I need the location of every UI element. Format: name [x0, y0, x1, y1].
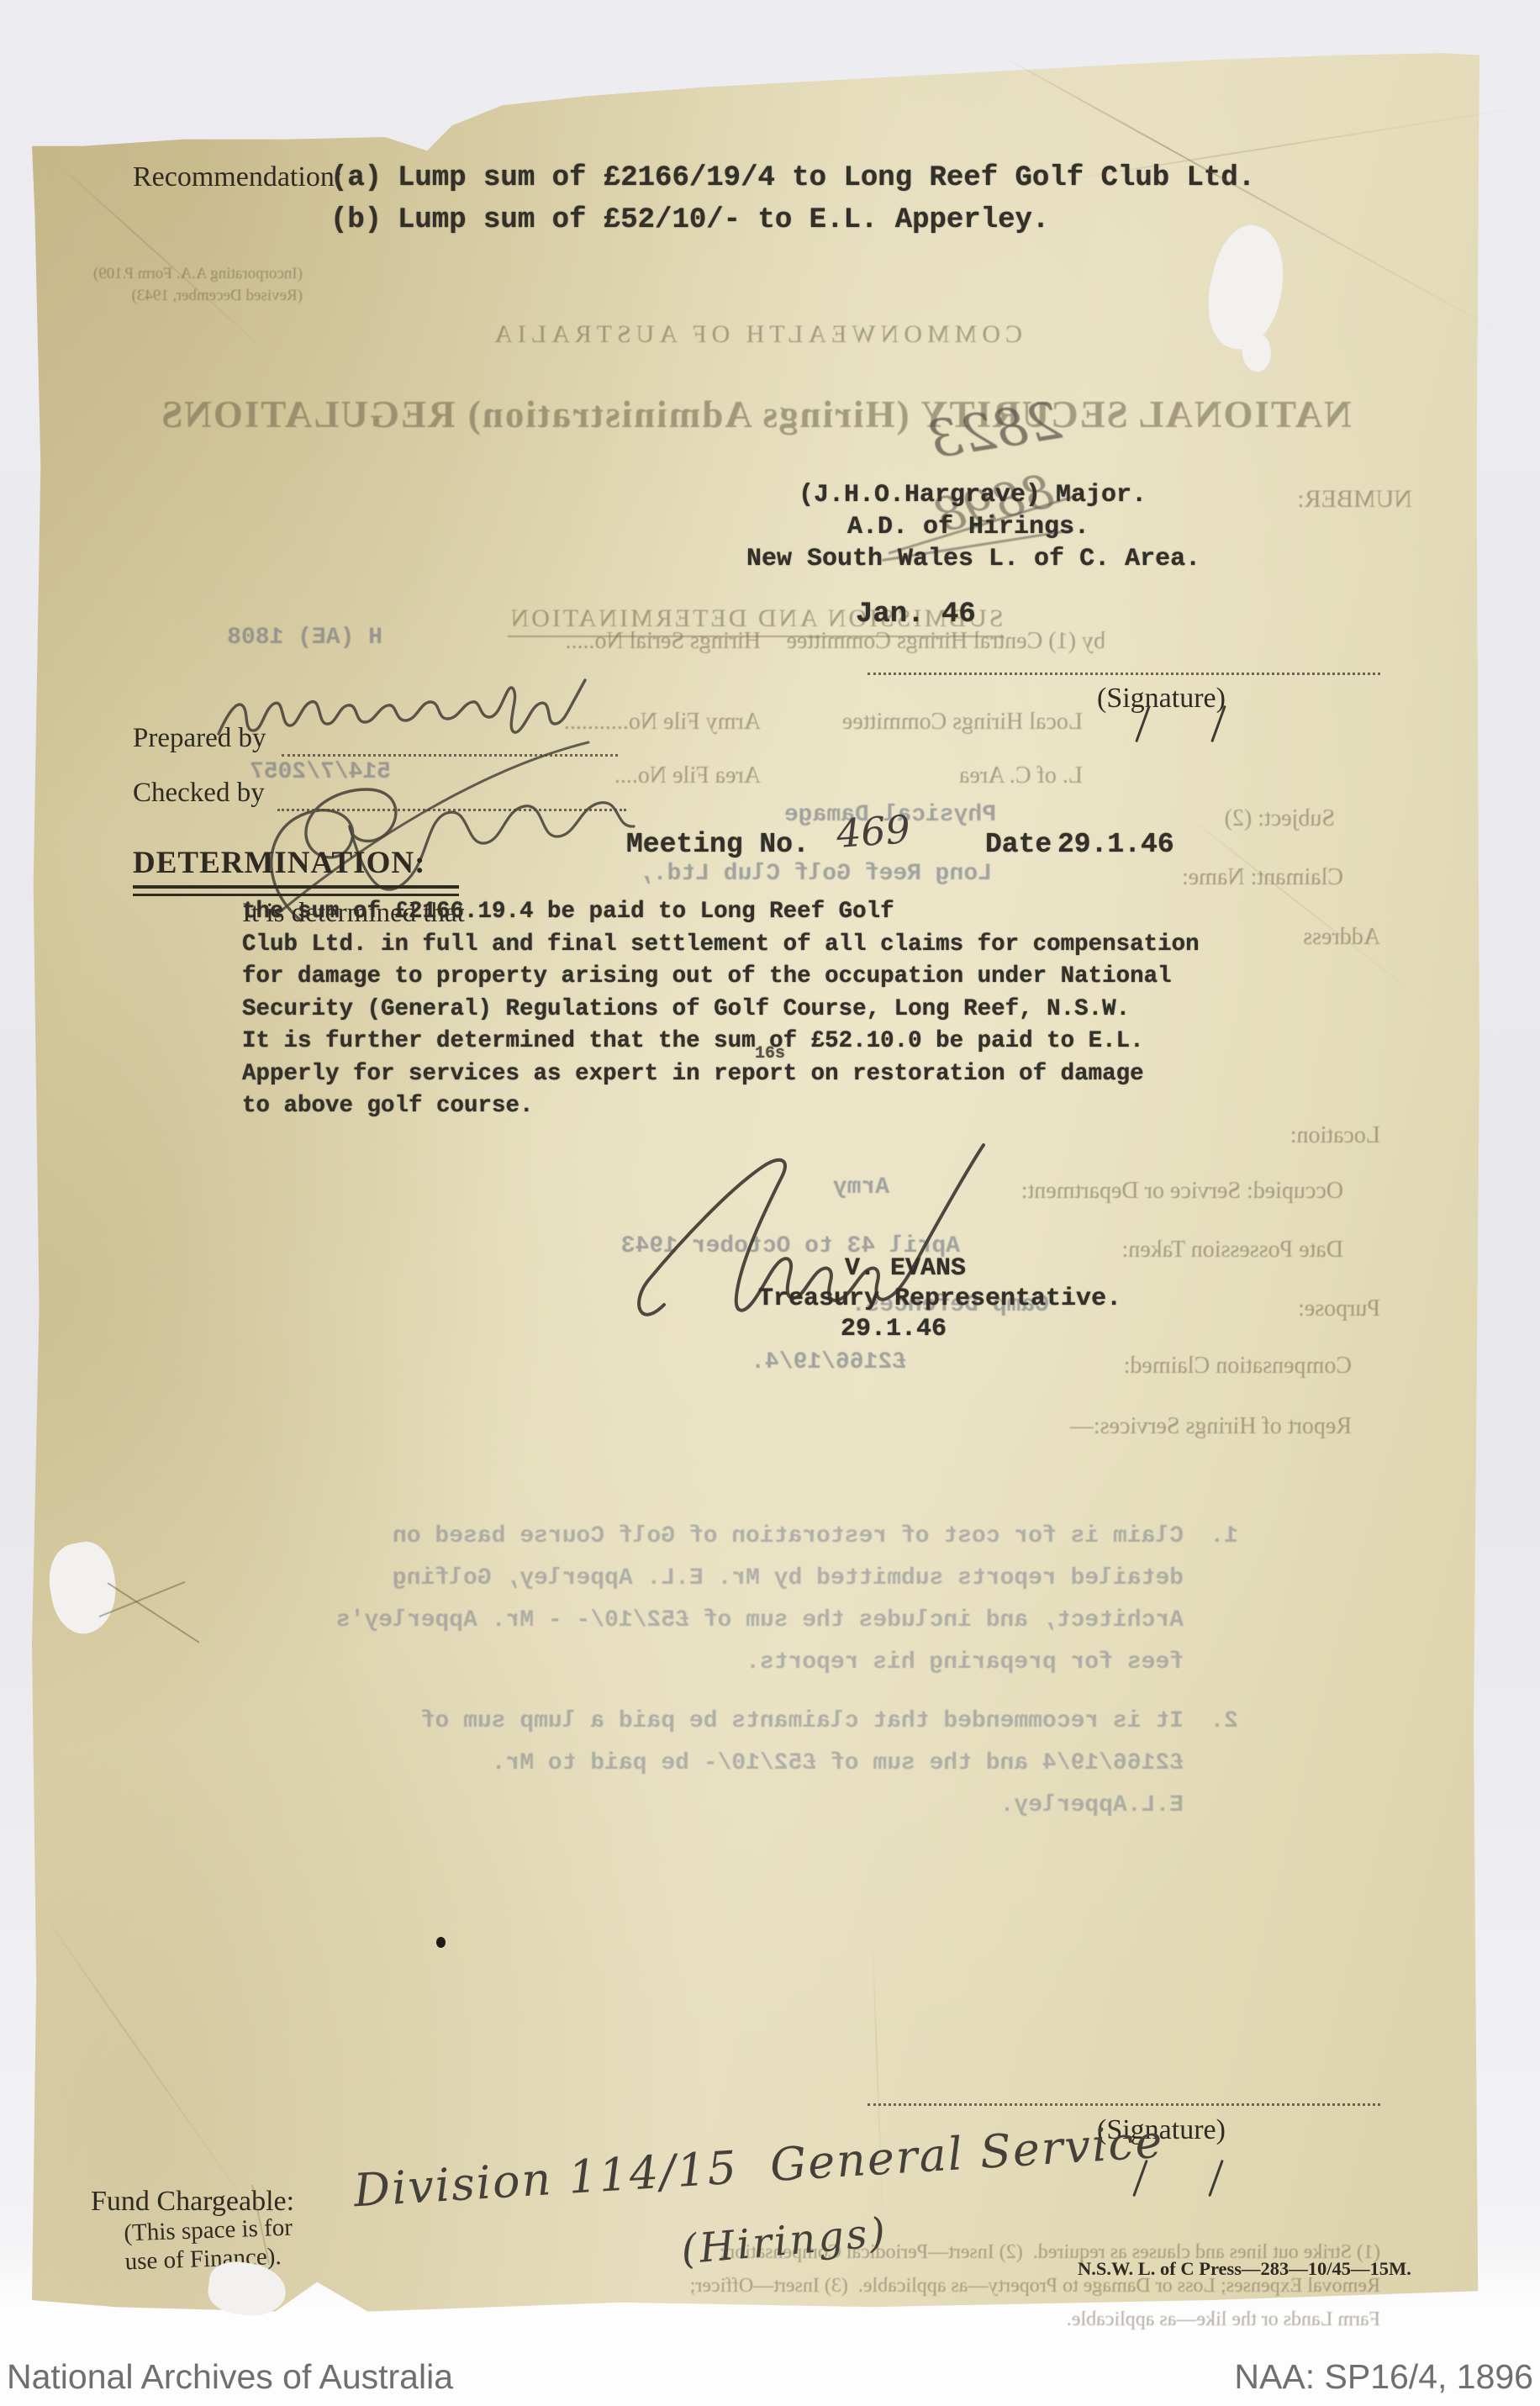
- meeting-number-label: Meeting No.: [626, 829, 810, 860]
- meeting-date-label: Date: [985, 829, 1052, 860]
- treasury-representative-title: Treasury Representative.: [758, 1285, 1121, 1313]
- printer-imprint: N.S.W. L. of C Press—283—10/45—15M.: [1078, 2258, 1411, 2280]
- recommendation-item-b-marker: (b): [330, 204, 382, 236]
- approver-area-line: New South Wales L. of C. Area.: [746, 545, 1200, 573]
- determination-underline: [133, 885, 459, 889]
- archive-footer-left: National Archives of Australia: [7, 2357, 453, 2397]
- signature-line-bottom: [868, 2103, 1380, 2106]
- determination-heading: DETERMINATION:: [133, 845, 425, 881]
- meeting-date-value: 29.1.46: [1057, 829, 1174, 860]
- recommendation-item-b: Lump sum of £52/10/- to E.L. Apperley.: [398, 204, 1049, 236]
- fund-chargeable-label: Fund Chargeable:: [91, 2186, 294, 2218]
- determination-insert-note: 16s: [755, 1044, 785, 1063]
- determination-body: the sum of £2166.19.4 be paid to Long Re…: [242, 896, 1259, 1123]
- treasury-representative-name: V. EVANS: [845, 1254, 966, 1283]
- approver-name-line: (J.H.O.Hargrave) Major.: [799, 481, 1147, 509]
- approver-title-line: A.D. of Hirings.: [847, 513, 1089, 541]
- signature-line-top: [868, 673, 1380, 675]
- recommendation-item-a-marker: (a): [330, 162, 382, 194]
- finance-space-note: (This space is for use of Finance).: [124, 2213, 294, 2277]
- recommendation-item-a: Lump sum of £2166/19/4 to Long Reef Golf…: [398, 162, 1255, 194]
- archive-footer: National Archives of Australia NAA: SP16…: [0, 2347, 1540, 2406]
- scanned-document-page: (Incorporating A.A. Form P.109) (Revised…: [0, 0, 1540, 2406]
- signature-caption-top: (Signature): [1097, 683, 1226, 715]
- recommendation-label: Recommendation:: [133, 161, 342, 193]
- treasury-signature-date: 29.1.46: [841, 1315, 947, 1343]
- approval-date: Jan. 46: [856, 599, 976, 631]
- ink-dot: [436, 1937, 446, 1948]
- meeting-number-value: 469: [835, 806, 911, 857]
- archive-footer-right: NAA: SP16/4, 1896: [1234, 2357, 1533, 2397]
